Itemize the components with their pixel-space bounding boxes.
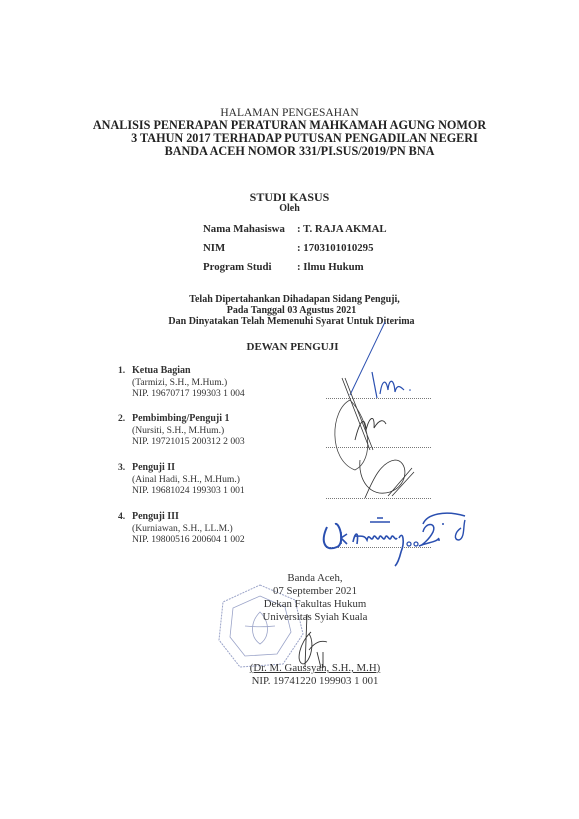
student-name-row: Nama Mahasiswa: T. RAJA AKMAL bbox=[203, 223, 387, 235]
title-line-1: ANALISIS PENERAPAN PERATURAN MAHKAMAH AG… bbox=[0, 119, 579, 132]
student-name-value: : T. RAJA AKMAL bbox=[297, 223, 387, 235]
dean-nip: NIP. 19741220 199903 1 001 bbox=[230, 675, 400, 688]
defense-line-1: Telah Dipertahankan Dihadapan Sidang Pen… bbox=[0, 294, 579, 305]
member-role: Ketua Bagian bbox=[132, 365, 245, 377]
member-number: 1. bbox=[118, 365, 125, 377]
member-role: Penguji II bbox=[132, 462, 245, 474]
title-line-2: 3 TAHUN 2017 TERHADAP PUTUSAN PENGADILAN… bbox=[0, 132, 579, 145]
student-program-row: Program Studi: Ilmu Hukum bbox=[203, 261, 364, 273]
member-role: Penguji III bbox=[132, 511, 245, 523]
member-number: 3. bbox=[118, 462, 125, 474]
dean-name: (Dr. M. Gaussyah, S.H., M.H) bbox=[230, 662, 400, 675]
student-program-label: Program Studi bbox=[203, 261, 297, 273]
defense-line-2: Pada Tanggal 03 Agustus 2021 bbox=[0, 305, 579, 316]
approval-date: 07 September 2021 bbox=[230, 585, 400, 598]
student-nim-label: NIM bbox=[203, 242, 297, 254]
board-member-2: 2. Pembimbing/Penguji 1 (Nursiti, S.H., … bbox=[118, 413, 245, 448]
board-member-4: 4. Penguji III (Kurniawan, S.H., LL.M.) … bbox=[118, 511, 245, 546]
approval-place: Banda Aceh, bbox=[230, 572, 400, 585]
member-number: 2. bbox=[118, 413, 125, 425]
board-heading: DEWAN PENGUJI bbox=[0, 341, 579, 353]
member-role: Pembimbing/Penguji 1 bbox=[132, 413, 245, 425]
member-name: (Tarmizi, S.H., M.Hum.) bbox=[132, 377, 245, 389]
by-label: Oleh bbox=[0, 203, 579, 214]
student-nim-row: NIM: 1703101010295 bbox=[203, 242, 373, 254]
member-number: 4. bbox=[118, 511, 125, 523]
member-nip: NIP. 19670717 199303 1 004 bbox=[132, 388, 245, 400]
approval-position-1: Dekan Fakultas Hukum bbox=[230, 598, 400, 611]
defense-line-3: Dan Dinyatakan Telah Memenuhi Syarat Unt… bbox=[0, 316, 579, 327]
student-name-label: Nama Mahasiswa bbox=[203, 223, 297, 235]
title-line-3: BANDA ACEH NOMOR 331/PI.SUS/2019/PN BNA bbox=[0, 145, 579, 158]
member-name: (Nursiti, S.H., M.Hum.) bbox=[132, 425, 245, 437]
member-name: (Ainal Hadi, S.H., M.Hum.) bbox=[132, 474, 245, 486]
student-program-value: : Ilmu Hukum bbox=[297, 261, 364, 273]
student-nim-value: : 1703101010295 bbox=[297, 242, 373, 254]
board-member-3: 3. Penguji II (Ainal Hadi, S.H., M.Hum.)… bbox=[118, 462, 245, 497]
member-nip: NIP. 19721015 200312 2 003 bbox=[132, 436, 245, 448]
signature-examiners-handwritten bbox=[300, 320, 480, 520]
member-nip: NIP. 19800516 200604 1 002 bbox=[132, 534, 245, 546]
board-member-1: 1. Ketua Bagian (Tarmizi, S.H., M.Hum.) … bbox=[118, 365, 245, 400]
member-name: (Kurniawan, S.H., LL.M.) bbox=[132, 523, 245, 535]
member-nip: NIP. 19681024 199303 1 001 bbox=[132, 485, 245, 497]
signature-penguji-iii bbox=[315, 502, 475, 572]
